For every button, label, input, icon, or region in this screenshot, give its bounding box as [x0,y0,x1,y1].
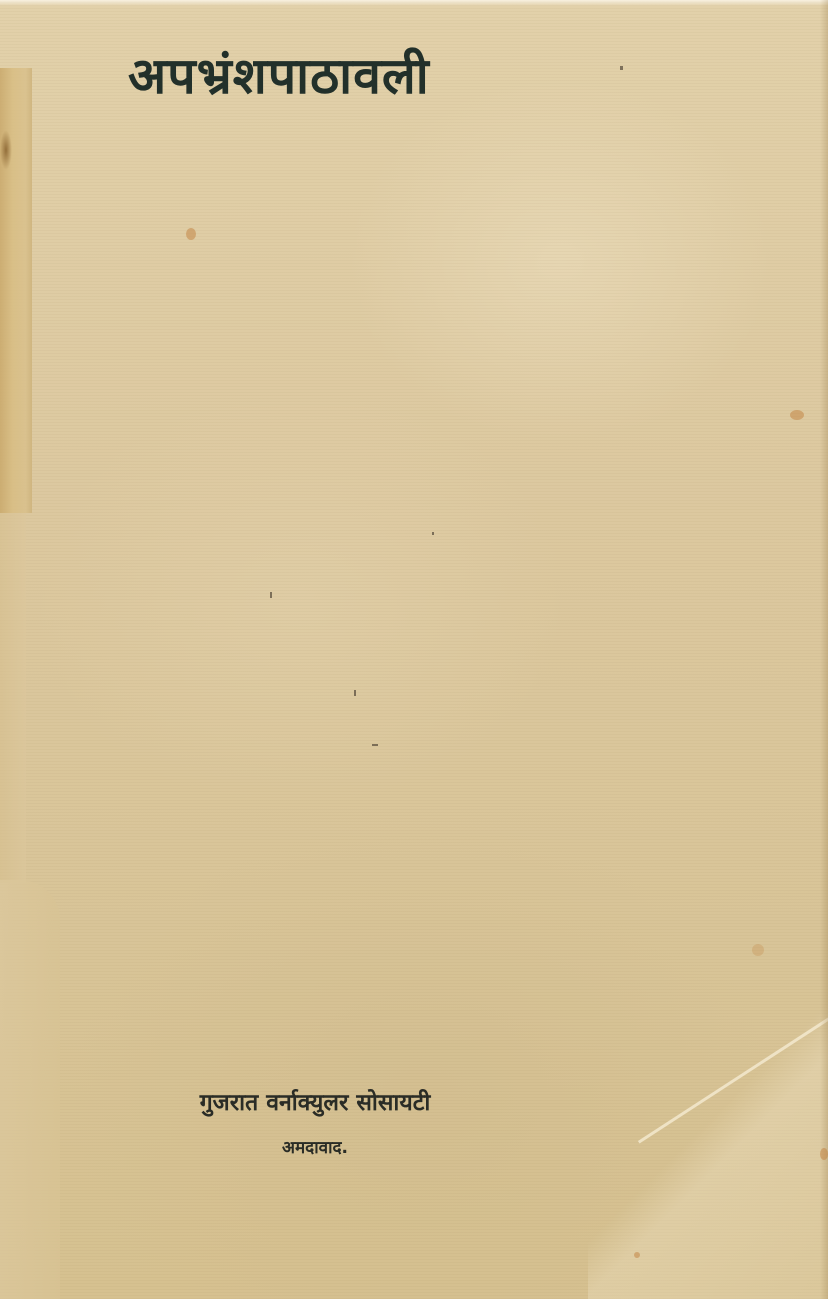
stain-spot [186,228,196,240]
speck [432,532,434,535]
spine-stain [0,130,12,170]
stain-spot [820,1148,828,1160]
speck [270,592,272,598]
stain-spot [634,1252,640,1258]
publisher-city: अमदावाद. [160,1136,470,1160]
speck [620,66,623,70]
stain-spot [752,944,764,956]
stain-spot [790,410,804,420]
right-edge [820,0,828,1299]
publisher-name: गुजरात वर्नाक्युलर सोसायटी [160,1088,470,1118]
speck [372,744,378,746]
book-cover: अपभ्रंशपाठावली गुजरात वर्नाक्युलर सोसायट… [0,0,828,1299]
spine-lower [0,513,26,883]
speck [354,690,356,696]
left-flap [0,880,60,1299]
top-edge [0,0,828,6]
book-title: अपभ्रंशपाठावली [128,46,430,106]
